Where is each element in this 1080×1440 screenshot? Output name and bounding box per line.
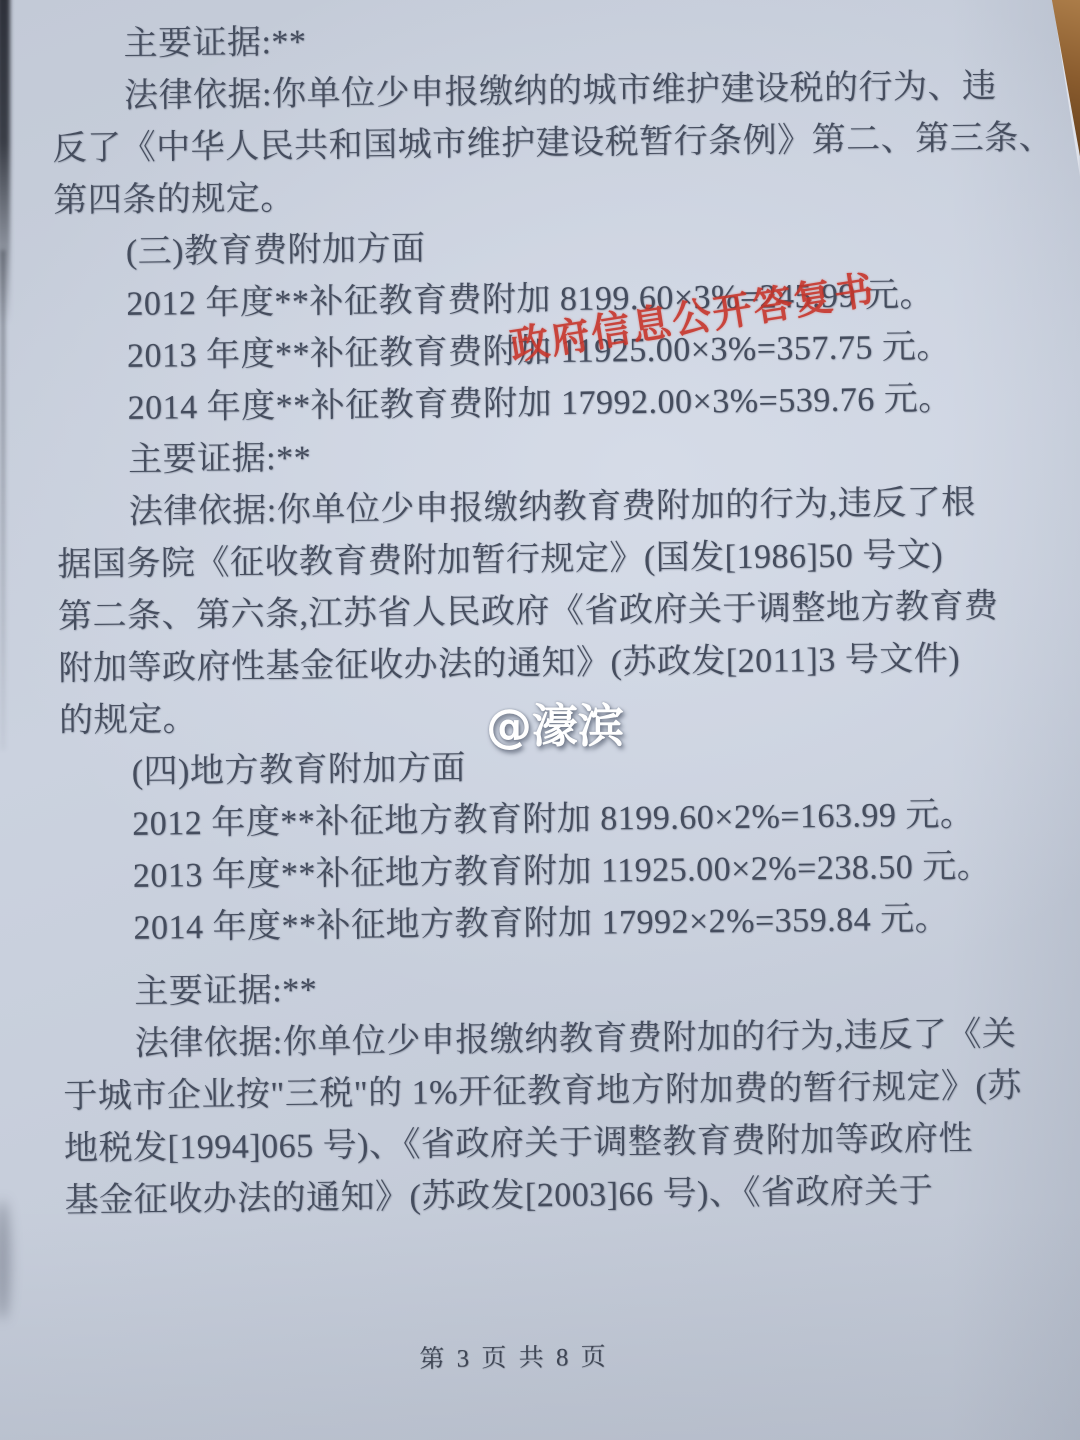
paper: 主要证据:**法律依据:你单位少申报缴纳的城市维护建设税的行为、违反了《中华人民… [0, 0, 1080, 1440]
page-footer: 第 3 页 共 8 页 [0, 1332, 1054, 1380]
photo-background: { "page": { "stamp": "政府信息公开答复书", "stamp… [0, 0, 1080, 1440]
text-line: 2014 年度**补征地方教育附加 17992×2%=359.84 元。 [61, 892, 1058, 955]
document-lines: 主要证据:**法律依据:你单位少申报缴纳的城市维护建设税的行为、违反了《中华人民… [51, 8, 1061, 1227]
document-content: 主要证据:**法律依据:你单位少申报缴纳的城市维护建设税的行为、违反了《中华人民… [0, 0, 1080, 1440]
text-line: 基金征收办法的通知》(苏政发[2003]66 号)、《省政府关于 [64, 1164, 1061, 1227]
watermark: @濠滨 [486, 690, 624, 756]
